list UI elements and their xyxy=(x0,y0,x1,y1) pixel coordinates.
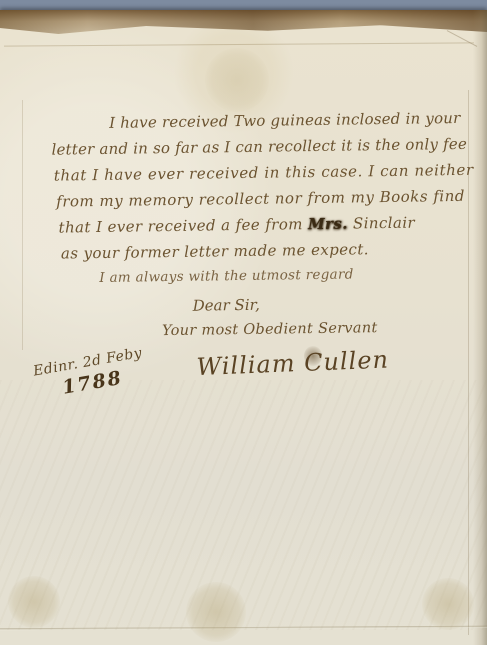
regard-line: I am always with the utmost regard xyxy=(99,266,354,286)
body-line: letter and in so far as I can recollect … xyxy=(51,135,467,159)
body-line: that I ever received a fee from Mrs. Sin… xyxy=(58,214,415,237)
handwritten-text: I have received Two guineas inclosed in … xyxy=(0,7,487,645)
signature: William Cullen xyxy=(196,345,389,381)
manuscript-photo: I have received Two guineas inclosed in … xyxy=(0,0,487,645)
blotted-word: Mrs. xyxy=(308,215,348,234)
dateline: Edinr. 2d Feby 1788 xyxy=(32,345,147,403)
body-line: as your former letter made me expect. xyxy=(61,240,369,262)
body-line-text: Sinclair xyxy=(348,214,415,233)
signoff-line: Your most Obedient Servant xyxy=(162,320,378,339)
body-line: that I have ever received in this case. … xyxy=(54,161,474,185)
body-line-text: that I ever received a fee from xyxy=(58,215,308,236)
body-line: from my memory recollect nor from my Boo… xyxy=(56,187,465,211)
letter-page: I have received Two guineas inclosed in … xyxy=(0,10,487,645)
salutation: Dear Sir, xyxy=(193,296,260,315)
body-line: I have received Two guineas inclosed in … xyxy=(109,109,461,132)
